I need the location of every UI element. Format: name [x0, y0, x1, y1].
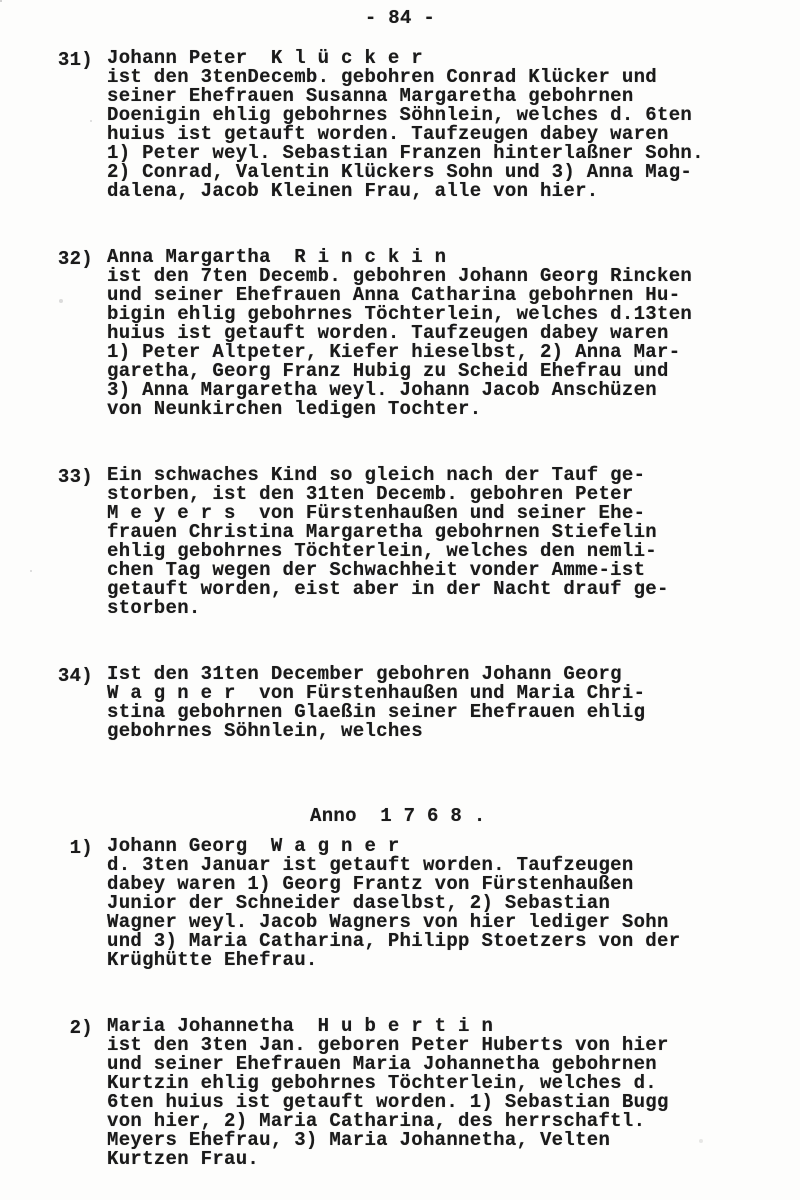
page-body: 31)Johann Peter K l ü c k e rist den 3te…: [0, 49, 800, 1169]
baptism-entry: 32)Anna Margartha R i n c k i nist den 7…: [107, 248, 760, 419]
baptism-entry: 1)Johann Georg W a g n e rd. 3ten Januar…: [107, 837, 760, 970]
document-page: - 84 - 31)Johann Peter K l ü c k e rist …: [0, 0, 800, 1200]
entry-text-line: Krüghütte Ehefrau.: [107, 951, 760, 970]
entry-text-line: getauft worden, eist aber in der Nacht d…: [107, 580, 760, 599]
baptism-entry: 34)Ist den 31ten December gebohren Johan…: [107, 665, 760, 741]
entry-text-line: storben.: [107, 599, 760, 618]
entry-text-line: dalena, Jacob Kleinen Frau, alle von hie…: [107, 182, 760, 201]
entry-number: 33): [58, 466, 93, 488]
entry-text-line: Kurtzen Frau.: [107, 1150, 760, 1169]
entry-number: 31): [58, 49, 93, 71]
baptism-entry: 31)Johann Peter K l ü c k e rist den 3te…: [107, 49, 760, 201]
entry-text-line: von Neunkirchen ledigen Tochter.: [107, 400, 760, 419]
entry-number: 32): [58, 248, 93, 270]
baptism-entry: 33)Ein schwaches Kind so gleich nach der…: [107, 466, 760, 618]
page-number: - 84 -: [0, 0, 800, 28]
entry-text-line: gebohrnes Söhnlein, welches: [107, 722, 760, 741]
section-heading-anno: Anno 1 7 6 8 .: [310, 807, 800, 826]
baptism-entry: 2)Maria Johannetha H u b e r t i nist de…: [107, 1017, 760, 1169]
entry-number: 34): [58, 665, 93, 687]
entry-number: 1): [70, 837, 93, 859]
entry-number: 2): [70, 1017, 93, 1039]
